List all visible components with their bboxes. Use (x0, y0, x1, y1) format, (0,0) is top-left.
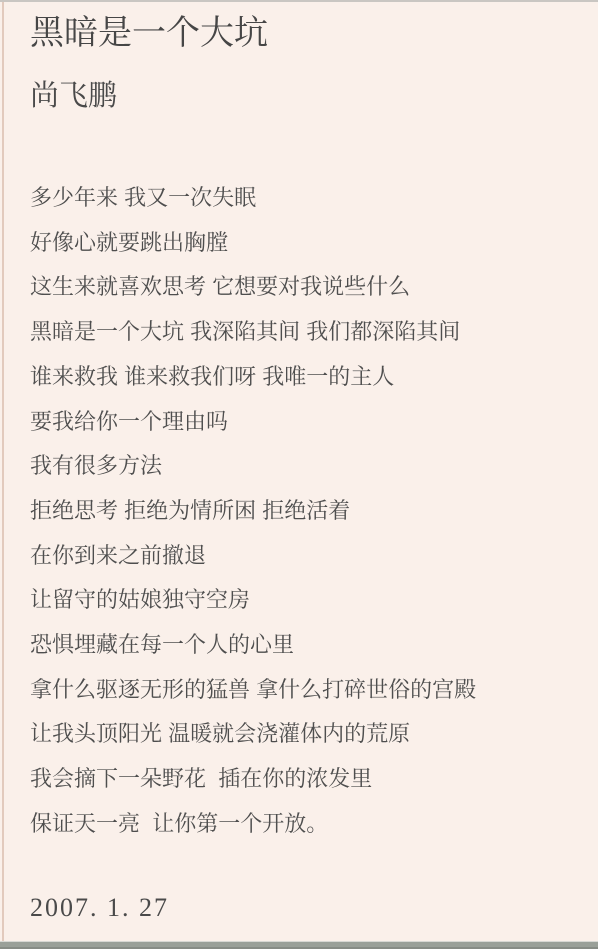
poem-author: 尚飞鹏 (30, 80, 578, 112)
poem-line: 多少年来 我又一次失眠 (30, 176, 578, 221)
poem-line: 我有很多方法 (30, 444, 578, 489)
poem-line: 拒绝思考 拒绝为情所困 拒绝活着 (30, 489, 578, 534)
poem-body: 多少年来 我又一次失眠好像心就要跳出胸膛这生来就喜欢思考 它想要对我说些什么黑暗… (30, 176, 578, 847)
poem-line: 谁来救我 谁来救我们呀 我唯一的主人 (30, 355, 578, 400)
poem-line: 让我头顶阳光 温暖就会浇灌体内的荒原 (30, 712, 578, 757)
poem-date: 2007. 1. 27 (30, 893, 578, 923)
poem-title: 黑暗是一个大坑 (30, 12, 578, 52)
poem-line: 让留守的姑娘独守空房 (30, 578, 578, 623)
poem-line: 拿什么驱逐无形的猛兽 拿什么打碎世俗的宫殿 (30, 668, 578, 713)
poem-line: 我会摘下一朵野花 插在你的浓发里 (30, 757, 578, 802)
poem-line: 黑暗是一个大坑 我深陷其间 我们都深陷其间 (30, 310, 578, 355)
horizontal-scrollbar[interactable] (0, 941, 598, 949)
poem-line: 恐惧埋藏在每一个人的心里 (30, 623, 578, 668)
document-page: 黑暗是一个大坑 尚飞鹏 多少年来 我又一次失眠好像心就要跳出胸膛这生来就喜欢思考… (0, 0, 598, 949)
poem-line: 在你到来之前撤退 (30, 534, 578, 579)
poem-line: 好像心就要跳出胸膛 (30, 221, 578, 266)
poem-line: 这生来就喜欢思考 它想要对我说些什么 (30, 265, 578, 310)
poem-content: 黑暗是一个大坑 尚飞鹏 多少年来 我又一次失眠好像心就要跳出胸膛这生来就喜欢思考… (0, 2, 598, 923)
poem-line: 要我给你一个理由吗 (30, 400, 578, 445)
poem-line: 保证天一亮 让你第一个开放。 (30, 802, 578, 847)
